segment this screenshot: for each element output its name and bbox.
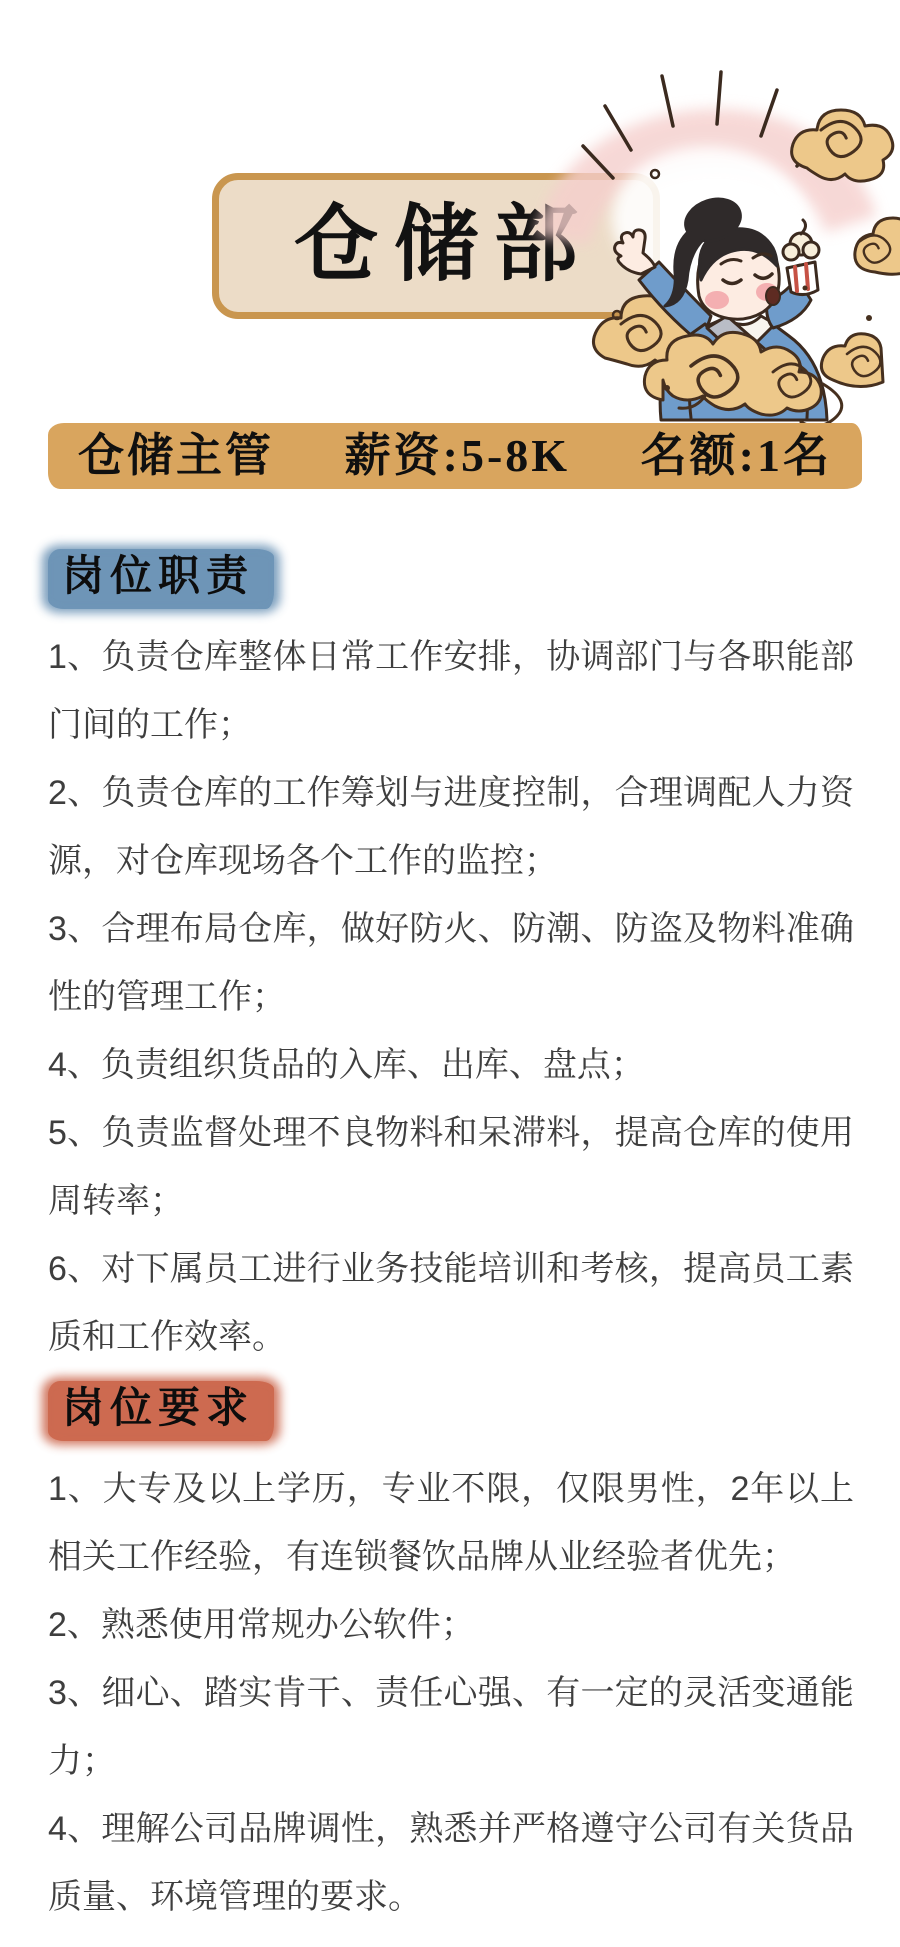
recruitment-poster: 仓储部 [0, 0, 900, 1947]
cloud-bottom-icon [644, 332, 883, 415]
responsibilities-section: 岗位职责 1、负责仓库整体日常工作安排，协调部门与各职能部门间的工作； 2、负责… [48, 549, 854, 1371]
department-sign: 仓储部 [212, 173, 660, 319]
list-item: 4、理解公司品牌调性，熟悉并严格遵守公司有关货品质量、环境管理的要求。 [48, 1795, 854, 1931]
position-quota: 名额:1名 [641, 433, 832, 479]
list-item: 4、负责组织货品的入库、出库、盘点； [48, 1031, 854, 1099]
list-item: 6、对下属员工进行业务技能培训和考核，提高员工素质和工作效率。 [48, 1235, 854, 1371]
requirements-heading: 岗位要求 [48, 1381, 274, 1441]
list-item: 3、合理布局仓库，做好防火、防潮、防盗及物料准确性的管理工作； [48, 895, 854, 1031]
radiating-lines-icon [583, 72, 827, 178]
requirements-list: 1、大专及以上学历，专业不限，仅限男性，2年以上相关工作经验，有连锁餐饮品牌从业… [48, 1455, 854, 1931]
list-item: 5、负责监督处理不良物料和呆滞料，提高仓库的使用周转率； [48, 1099, 854, 1235]
list-item: 3、细心、踏实肯干、责任心强、有一定的灵活变通能力； [48, 1659, 854, 1795]
list-item: 2、熟悉使用常规办公软件； [48, 1591, 854, 1659]
ice-cream-cup-icon [783, 220, 819, 295]
position-salary: 薪资:5-8K [345, 433, 570, 479]
position-title: 仓储主管 [78, 433, 274, 479]
ink-dots [664, 286, 872, 392]
cloud-right-icon [792, 110, 900, 274]
cloud-wisp-icon [613, 311, 842, 434]
requirements-section: 岗位要求 1、大专及以上学历，专业不限，仅限男性，2年以上相关工作经验，有连锁餐… [48, 1381, 854, 1931]
list-item: 2、负责仓库的工作筹划与进度控制，合理调配人力资源，对仓库现场各个工作的监控； [48, 759, 854, 895]
department-title: 仓储部 [278, 204, 594, 288]
responsibilities-list: 1、负责仓库整体日常工作安排，协调部门与各职能部门间的工作； 2、负责仓库的工作… [48, 623, 854, 1371]
position-bar: 仓储主管 薪资:5-8K 名额:1名 [48, 423, 862, 489]
list-item: 1、负责仓库整体日常工作安排，协调部门与各职能部门间的工作； [48, 623, 854, 759]
responsibilities-heading: 岗位职责 [48, 549, 274, 609]
list-item: 1、大专及以上学历，专业不限，仅限男性，2年以上相关工作经验，有连锁餐饮品牌从业… [48, 1455, 854, 1591]
